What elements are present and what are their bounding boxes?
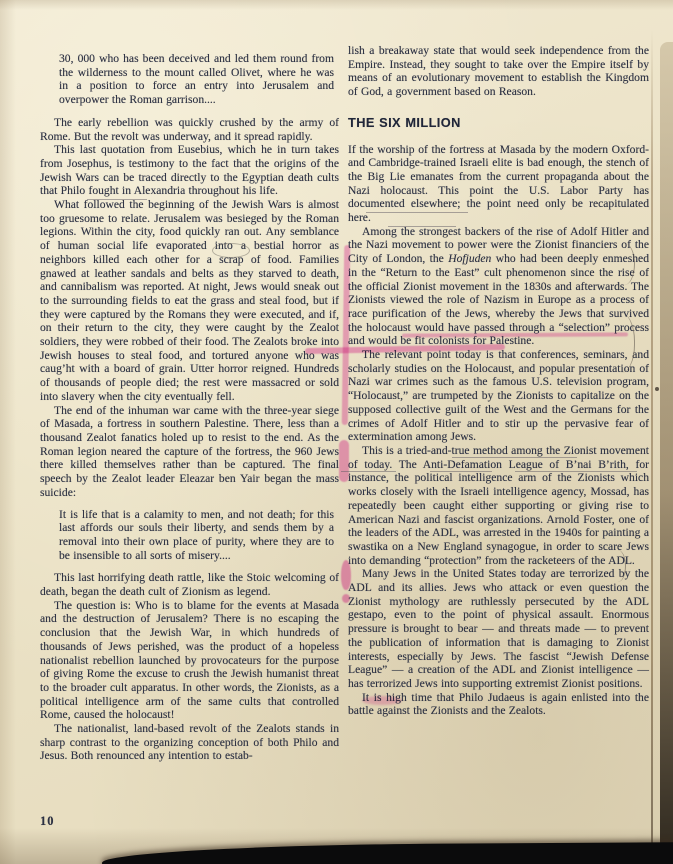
text-run: It is life that is a calamity to men, an…	[59, 508, 334, 562]
text-run: This last horrifying death rattle, like …	[40, 571, 339, 598]
text-run: The early rebellion was quickly crushed …	[40, 116, 339, 143]
text-run: What followed the beginning of the Jewis…	[40, 198, 339, 403]
paragraph: It is high time that Philo Judaeus is ag…	[348, 691, 649, 718]
paragraph: Among the strongest backers of the rise …	[348, 225, 649, 348]
paragraph: This last quotation from Eusebius, which…	[40, 143, 339, 198]
pencil-underline-germans	[430, 471, 492, 472]
paragraph: The question is: Who is to blame for the…	[40, 599, 339, 722]
pencil-underline-propaganda	[366, 212, 468, 213]
paragraph: The nationalist, land-based revolt of th…	[40, 722, 339, 763]
text-run: The question is: Who is to blame for the…	[40, 599, 339, 722]
pencil-underline-the-west	[341, 471, 396, 472]
pink-highlight-blob	[339, 440, 349, 482]
text-run: This is a tried-and-true method among th…	[348, 444, 649, 567]
paragraph: The relevant point today is that confere…	[348, 348, 649, 444]
text-run: Many Jews in the United States today are…	[348, 567, 649, 690]
paragraph: lish a breakaway state that would seek i…	[348, 44, 649, 99]
pencil-underline-crimes-of-adolf-hitler	[515, 471, 637, 472]
paragraph: What followed the beginning of the Jewis…	[40, 198, 339, 404]
paragraph: This last horrifying death rattle, like …	[40, 571, 339, 598]
text-run: 30, 000 who has been deceived and led th…	[59, 52, 334, 106]
pencil-circle-city	[212, 243, 250, 258]
pencil-underline-labor-party	[388, 226, 456, 227]
pink-smudge-mark	[362, 696, 402, 705]
pink-exclamation-dot	[342, 594, 350, 603]
pencil-underline-josephus	[87, 199, 147, 200]
page-edge-speck	[655, 387, 659, 391]
pencil-underline-supposed-collective	[452, 457, 577, 458]
paragraph: 30, 000 who has been deceived and led th…	[59, 52, 334, 107]
pink-exclamation-stroke	[341, 560, 351, 590]
paragraph: Many Jews in the United States today are…	[348, 567, 649, 690]
page-top-shading	[0, 0, 673, 10]
paragraph: It is life that is a calamity to men, an…	[59, 508, 334, 563]
right-text-column: lish a breakaway state that would seek i…	[348, 44, 649, 718]
text-run: The nationalist, land-based revolt of th…	[40, 722, 339, 762]
page-number: 10	[40, 814, 55, 829]
section-heading: THE SIX MILLION	[348, 116, 649, 130]
page-left-shading	[0, 0, 16, 864]
text-run: The relevant point today is that confere…	[348, 348, 649, 443]
scanned-book-page: 30, 000 who has been deceived and led th…	[0, 0, 673, 864]
paragraph: The end of the inhuman war came with the…	[40, 404, 339, 500]
text-run: lish a breakaway state that would seek i…	[348, 44, 649, 98]
paragraph: This is a tried-and-true method among th…	[348, 444, 649, 567]
page-right-edge	[660, 42, 673, 856]
text-run: This last quotation from Eusebius, which…	[40, 143, 339, 197]
text-run: The end of the inhuman war came with the…	[40, 404, 339, 499]
italic-term: Hofjuden	[448, 252, 491, 265]
page-edge-crease	[651, 30, 653, 846]
paragraph: The early rebellion was quickly crushed …	[40, 116, 339, 143]
left-text-column: 30, 000 who has been deceived and led th…	[40, 44, 339, 763]
text-run: THE SIX MILLION	[348, 115, 461, 130]
